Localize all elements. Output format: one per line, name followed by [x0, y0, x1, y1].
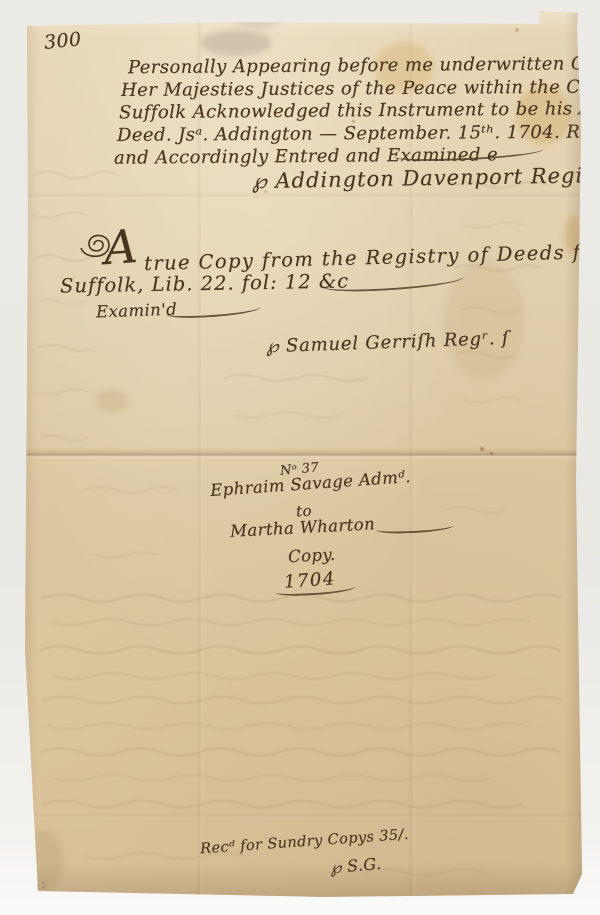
acknowledgment-line-2: Her Majesties Justices of the Peace with… — [121, 76, 600, 101]
smudge-stain — [201, 30, 271, 56]
document-page: 300 Personally Appearing before me under… — [24, 10, 584, 898]
fee-note: Recᵈ for Sundry Copys 35/. — [200, 827, 410, 858]
flourish-dash — [166, 302, 262, 320]
fee-initials: ℘ S.G. — [329, 854, 382, 877]
docket-copy-label: Copy. — [288, 545, 336, 566]
acknowledgment-line-3: Suffolk Acknowledged this Instrument to … — [119, 98, 600, 124]
fold-crease-horizontal-upper — [24, 192, 584, 200]
docket-grantee: Martha Wharton — [230, 514, 376, 541]
registrar-signature: ℘ Addington Davenport Registʳ — [252, 163, 600, 193]
certification-line-1: true Copy from the Registry of Deeds for — [144, 240, 600, 275]
acknowledgment-line-1: Personally Appearing before me underwrit… — [128, 53, 600, 78]
ink-speck — [515, 28, 519, 32]
smudge-stain — [234, 12, 280, 28]
toning-stain — [444, 260, 524, 380]
certification-drop-cap: A — [102, 219, 139, 275]
foxing-stain — [95, 390, 129, 412]
fold-crease-horizontal-lower — [24, 812, 584, 820]
certification-line-2: Suffolk, Lib. 22. fol: 12 &c — [60, 269, 349, 297]
ink-speck — [490, 452, 493, 455]
gerrish-signature: ℘ Samuel Gerriſh Regʳ. ſ — [266, 328, 510, 357]
flourish-dash — [376, 521, 454, 535]
examined-note: Examin'd — [96, 300, 178, 322]
ink-speck — [480, 447, 484, 451]
acknowledgment-line-4: Deed. Jsᵃ. Addington — September. 15ᵗʰ. … — [117, 121, 600, 146]
pencil-archive-mark: 112 — [29, 881, 47, 892]
page-number: 300 — [43, 28, 83, 54]
fold-crease-horizontal-main — [24, 448, 584, 460]
docket-year: 1704 — [283, 568, 336, 593]
